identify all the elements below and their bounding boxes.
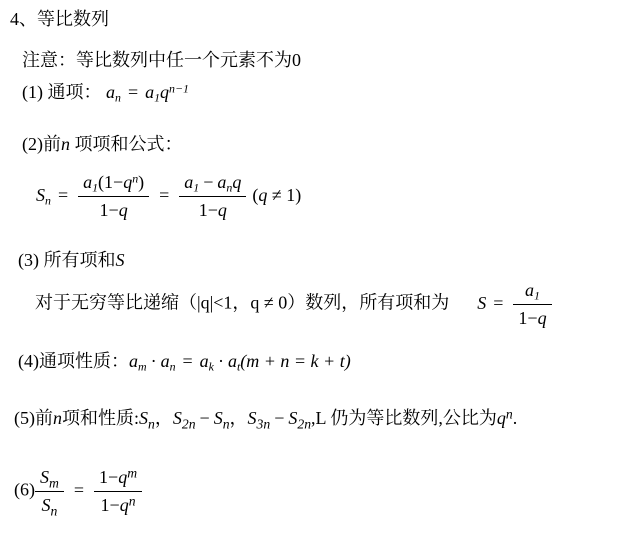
item5-label-post: 项和性质:	[62, 408, 139, 428]
math-S-n: Sn	[36, 185, 51, 205]
item5-tail: 仍为等比数列,公比为	[326, 408, 497, 428]
math-S: S	[477, 293, 486, 313]
math-a-k: ak	[200, 351, 214, 371]
math-S-n: Sn	[139, 408, 155, 428]
item6-line: (6)SmSn=1−qm1−qn	[14, 465, 145, 518]
separator: ，	[230, 408, 248, 428]
item1-line: (1) 通项： an=a1qn−1	[22, 81, 189, 104]
fraction-left: a1(1−qn)1−q	[78, 170, 149, 223]
separator: ，	[155, 408, 173, 428]
math-S-var: S	[116, 250, 125, 270]
dot-operator: ·	[151, 351, 157, 371]
fraction-denominator: Sn	[35, 492, 64, 517]
item4-label: (4)通项性质：	[18, 351, 129, 371]
item3-label-line: (3) 所有项和S	[18, 249, 125, 272]
minus-sign: −	[203, 172, 213, 192]
fraction-numerator: 1−qm	[94, 465, 142, 492]
item5-label-pre: (5)前	[14, 408, 53, 428]
math-a-n: an	[106, 82, 121, 102]
fraction-numerator: a1−anq	[179, 170, 246, 197]
item2-label-line: (2)前n 项项和公式：	[22, 133, 183, 156]
document-page: 4、等比数列 注意：等比数列中任一个元素不为0 (1) 通项： an=a1qn−…	[0, 0, 617, 539]
math-n-var: n	[61, 134, 70, 154]
math-a-1: a1	[145, 82, 160, 102]
fraction-denominator: 1−q	[78, 197, 149, 222]
equals-sign: =	[74, 480, 84, 500]
fraction-numerator: a1(1−qn)	[78, 170, 149, 197]
math-n-var: n	[53, 408, 62, 428]
math-a-m: am	[129, 351, 147, 371]
math-q-power: qn−1	[160, 82, 189, 102]
ellipsis-L: L	[316, 408, 326, 428]
fraction-sum-all: a11−q	[513, 278, 551, 331]
note-line: 注意：等比数列中任一个元素不为0	[22, 49, 301, 72]
item4-line: (4)通项性质：am·an=ak·at(m + n = k + t)	[18, 350, 351, 373]
minus-sign: −	[200, 408, 210, 428]
item3-label: (3) 所有项和	[18, 250, 116, 270]
fraction-Sm-Sn: SmSn	[35, 465, 64, 518]
item3-desc: 对于无穷等比递缩（|q|<1，q ≠ 0）数列，所有项和为	[35, 293, 449, 313]
fraction-q-powers: 1−qm1−qn	[94, 465, 142, 518]
item3-desc-line: 对于无穷等比递缩（|q|<1，q ≠ 0）数列，所有项和为S=a11−q	[35, 278, 555, 331]
math-a-n: an	[161, 351, 176, 371]
fraction-right: a1−anq1−q	[179, 170, 246, 223]
math-a-t: at	[228, 351, 240, 371]
math-S-3n: S3n	[248, 408, 271, 428]
fraction-denominator: 1−q	[513, 305, 551, 330]
condition: (q ≠ 1)	[252, 185, 301, 205]
equals-sign: =	[159, 185, 169, 205]
math-S-n: Sn	[214, 408, 230, 428]
item2-label-post: 项项和公式：	[70, 134, 183, 154]
fraction-numerator: Sm	[35, 465, 64, 492]
equals-sign: =	[183, 351, 193, 371]
equals-sign: =	[493, 293, 503, 313]
minus-sign: −	[274, 408, 284, 428]
math-S-2n: S2n	[288, 408, 311, 428]
dot-operator: ·	[218, 351, 224, 371]
math-S-2n: S2n	[173, 408, 196, 428]
item2-label-pre: (2)前	[22, 134, 61, 154]
fraction-numerator: a1	[513, 278, 551, 305]
equals-sign: =	[58, 185, 68, 205]
item5-line: (5)前n项和性质:Sn，S2n−Sn，S3n−S2n,L 仍为等比数列,公比为…	[14, 407, 517, 430]
item2-formula: Sn=a1(1−qn)1−q=a1−anq1−q(q ≠ 1)	[36, 170, 301, 223]
item1-label: (1) 通项：	[22, 82, 102, 102]
fraction-denominator: 1−q	[179, 197, 246, 222]
fraction-denominator: 1−qn	[94, 492, 142, 517]
section-title: 4、等比数列	[10, 8, 109, 31]
math-q-power-n: qn	[497, 408, 513, 428]
math-condition: (m + n = k + t)	[240, 351, 350, 371]
item6-label: (6)	[14, 480, 35, 500]
period: .	[513, 408, 518, 428]
equals-sign: =	[128, 82, 138, 102]
